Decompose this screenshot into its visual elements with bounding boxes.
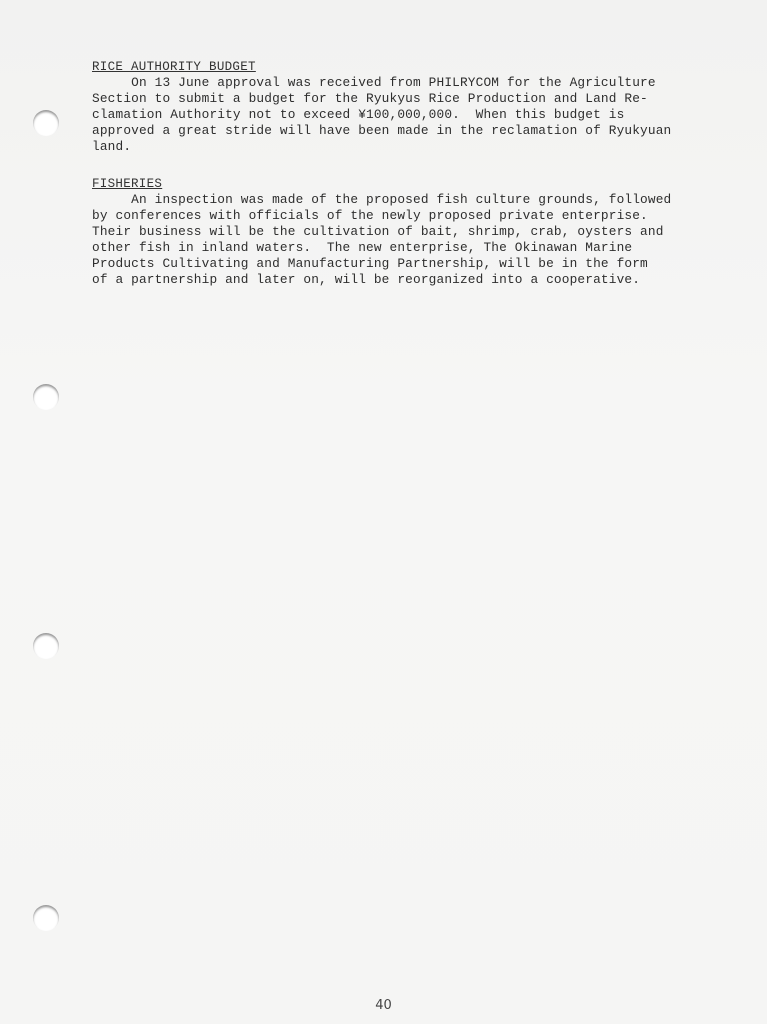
punch-hole-4 [33, 905, 59, 931]
paragraph-line: other fish in inland waters. The new ent… [92, 240, 712, 256]
punch-hole-3 [33, 633, 59, 659]
paragraph-line: Their business will be the cultivation o… [92, 224, 712, 240]
paragraph-line: Products Cultivating and Manufacturing P… [92, 256, 712, 272]
paragraph-line: clamation Authority not to exceed ¥100,0… [92, 107, 712, 123]
section-paragraph: On 13 June approval was received from PH… [92, 75, 712, 155]
section-heading: RICE AUTHORITY BUDGET [92, 59, 712, 75]
paragraph-line: An inspection was made of the proposed f… [92, 192, 712, 208]
punch-hole-1 [33, 110, 59, 136]
section-rice-authority-budget: RICE AUTHORITY BUDGET On 13 June approva… [92, 59, 712, 155]
paragraph-line: by conferences with officials of the new… [92, 208, 712, 224]
paragraph-line: Section to submit a budget for the Ryuky… [92, 91, 712, 107]
document-page: RICE AUTHORITY BUDGET On 13 June approva… [0, 0, 767, 1024]
page-number: 40 [0, 998, 767, 1013]
paragraph-line: On 13 June approval was received from PH… [92, 75, 712, 91]
punch-hole-2 [33, 384, 59, 410]
paragraph-line: of a partnership and later on, will be r… [92, 272, 712, 288]
section-heading: FISHERIES [92, 176, 712, 192]
paragraph-line: approved a great stride will have been m… [92, 123, 712, 139]
paragraph-line: land. [92, 139, 712, 155]
section-fisheries: FISHERIES An inspection was made of the … [92, 176, 712, 288]
section-paragraph: An inspection was made of the proposed f… [92, 192, 712, 288]
